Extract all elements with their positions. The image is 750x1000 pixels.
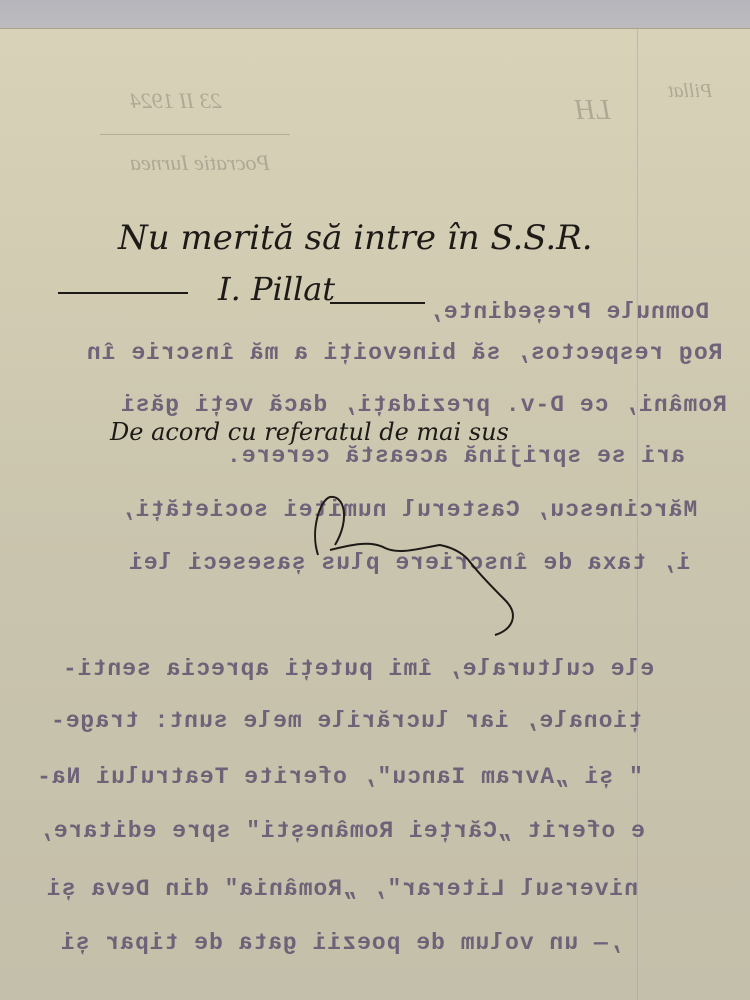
signature-scrawl-icon — [0, 0, 750, 1000]
